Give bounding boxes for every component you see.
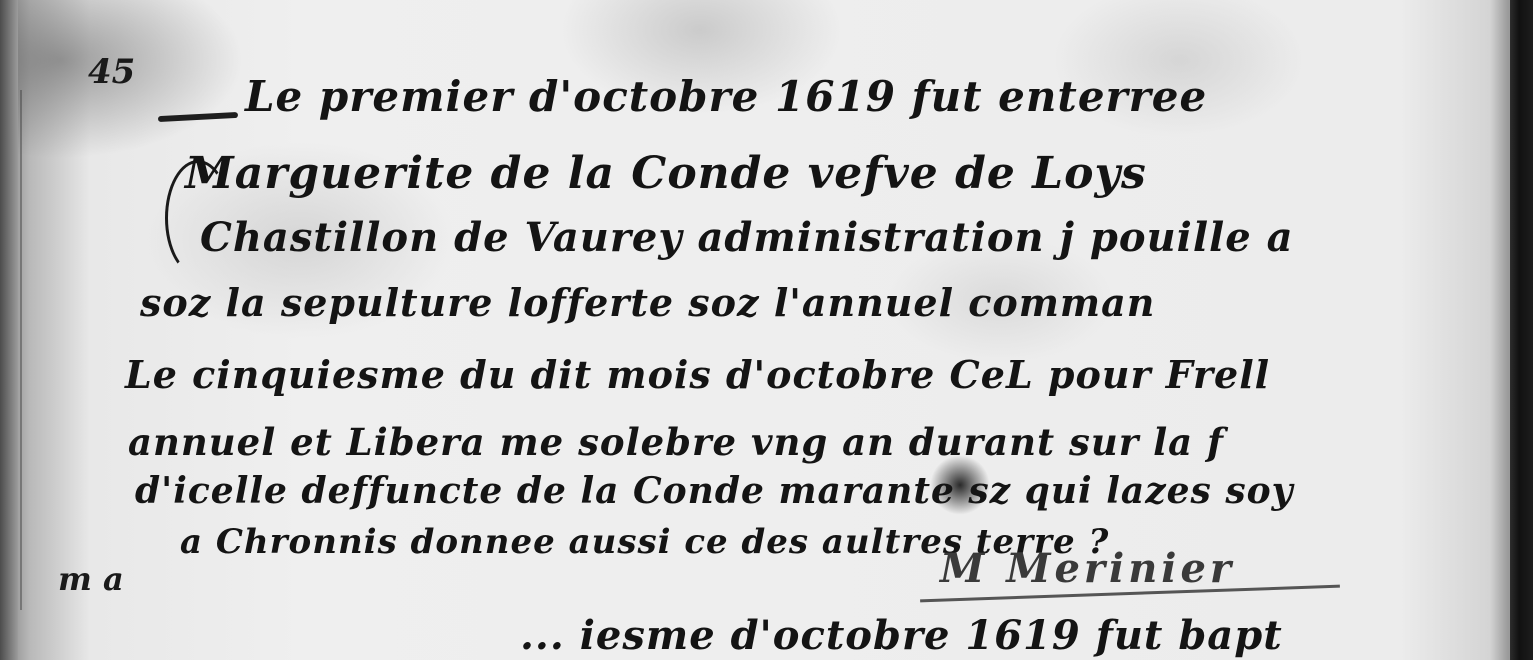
- register-line-9: ... iesme d'octobre 1619 fut bapt: [520, 612, 1283, 659]
- signature: M Merinier: [940, 545, 1235, 592]
- register-page: 45 Le premier d'octobre 1619 fut enterre…: [0, 0, 1510, 660]
- register-line-1: Le premier d'octobre 1619 fut enterree: [245, 72, 1207, 121]
- page-left-edge: [0, 0, 18, 660]
- page-fold-line: [20, 90, 22, 610]
- book-binding-edge: [1510, 0, 1533, 660]
- margin-note-bottom: m a: [58, 560, 124, 598]
- margin-number: 45: [88, 52, 135, 92]
- register-line-2: Marguerite de la Conde vefve de Loys: [185, 148, 1147, 199]
- register-line-7: d'icelle deffuncte de la Conde marante s…: [135, 470, 1294, 512]
- register-line-6: annuel et Libera me solebre vng an duran…: [128, 420, 1224, 464]
- register-line-4: soz la sepulture lofferte soz l'annuel c…: [140, 280, 1155, 325]
- strike-through-mark: [158, 112, 238, 122]
- register-line-5: Le cinquiesme du dit mois d'octobre CeL …: [125, 352, 1270, 397]
- register-line-3: Chastillon de Vaurey administration j po…: [200, 214, 1294, 261]
